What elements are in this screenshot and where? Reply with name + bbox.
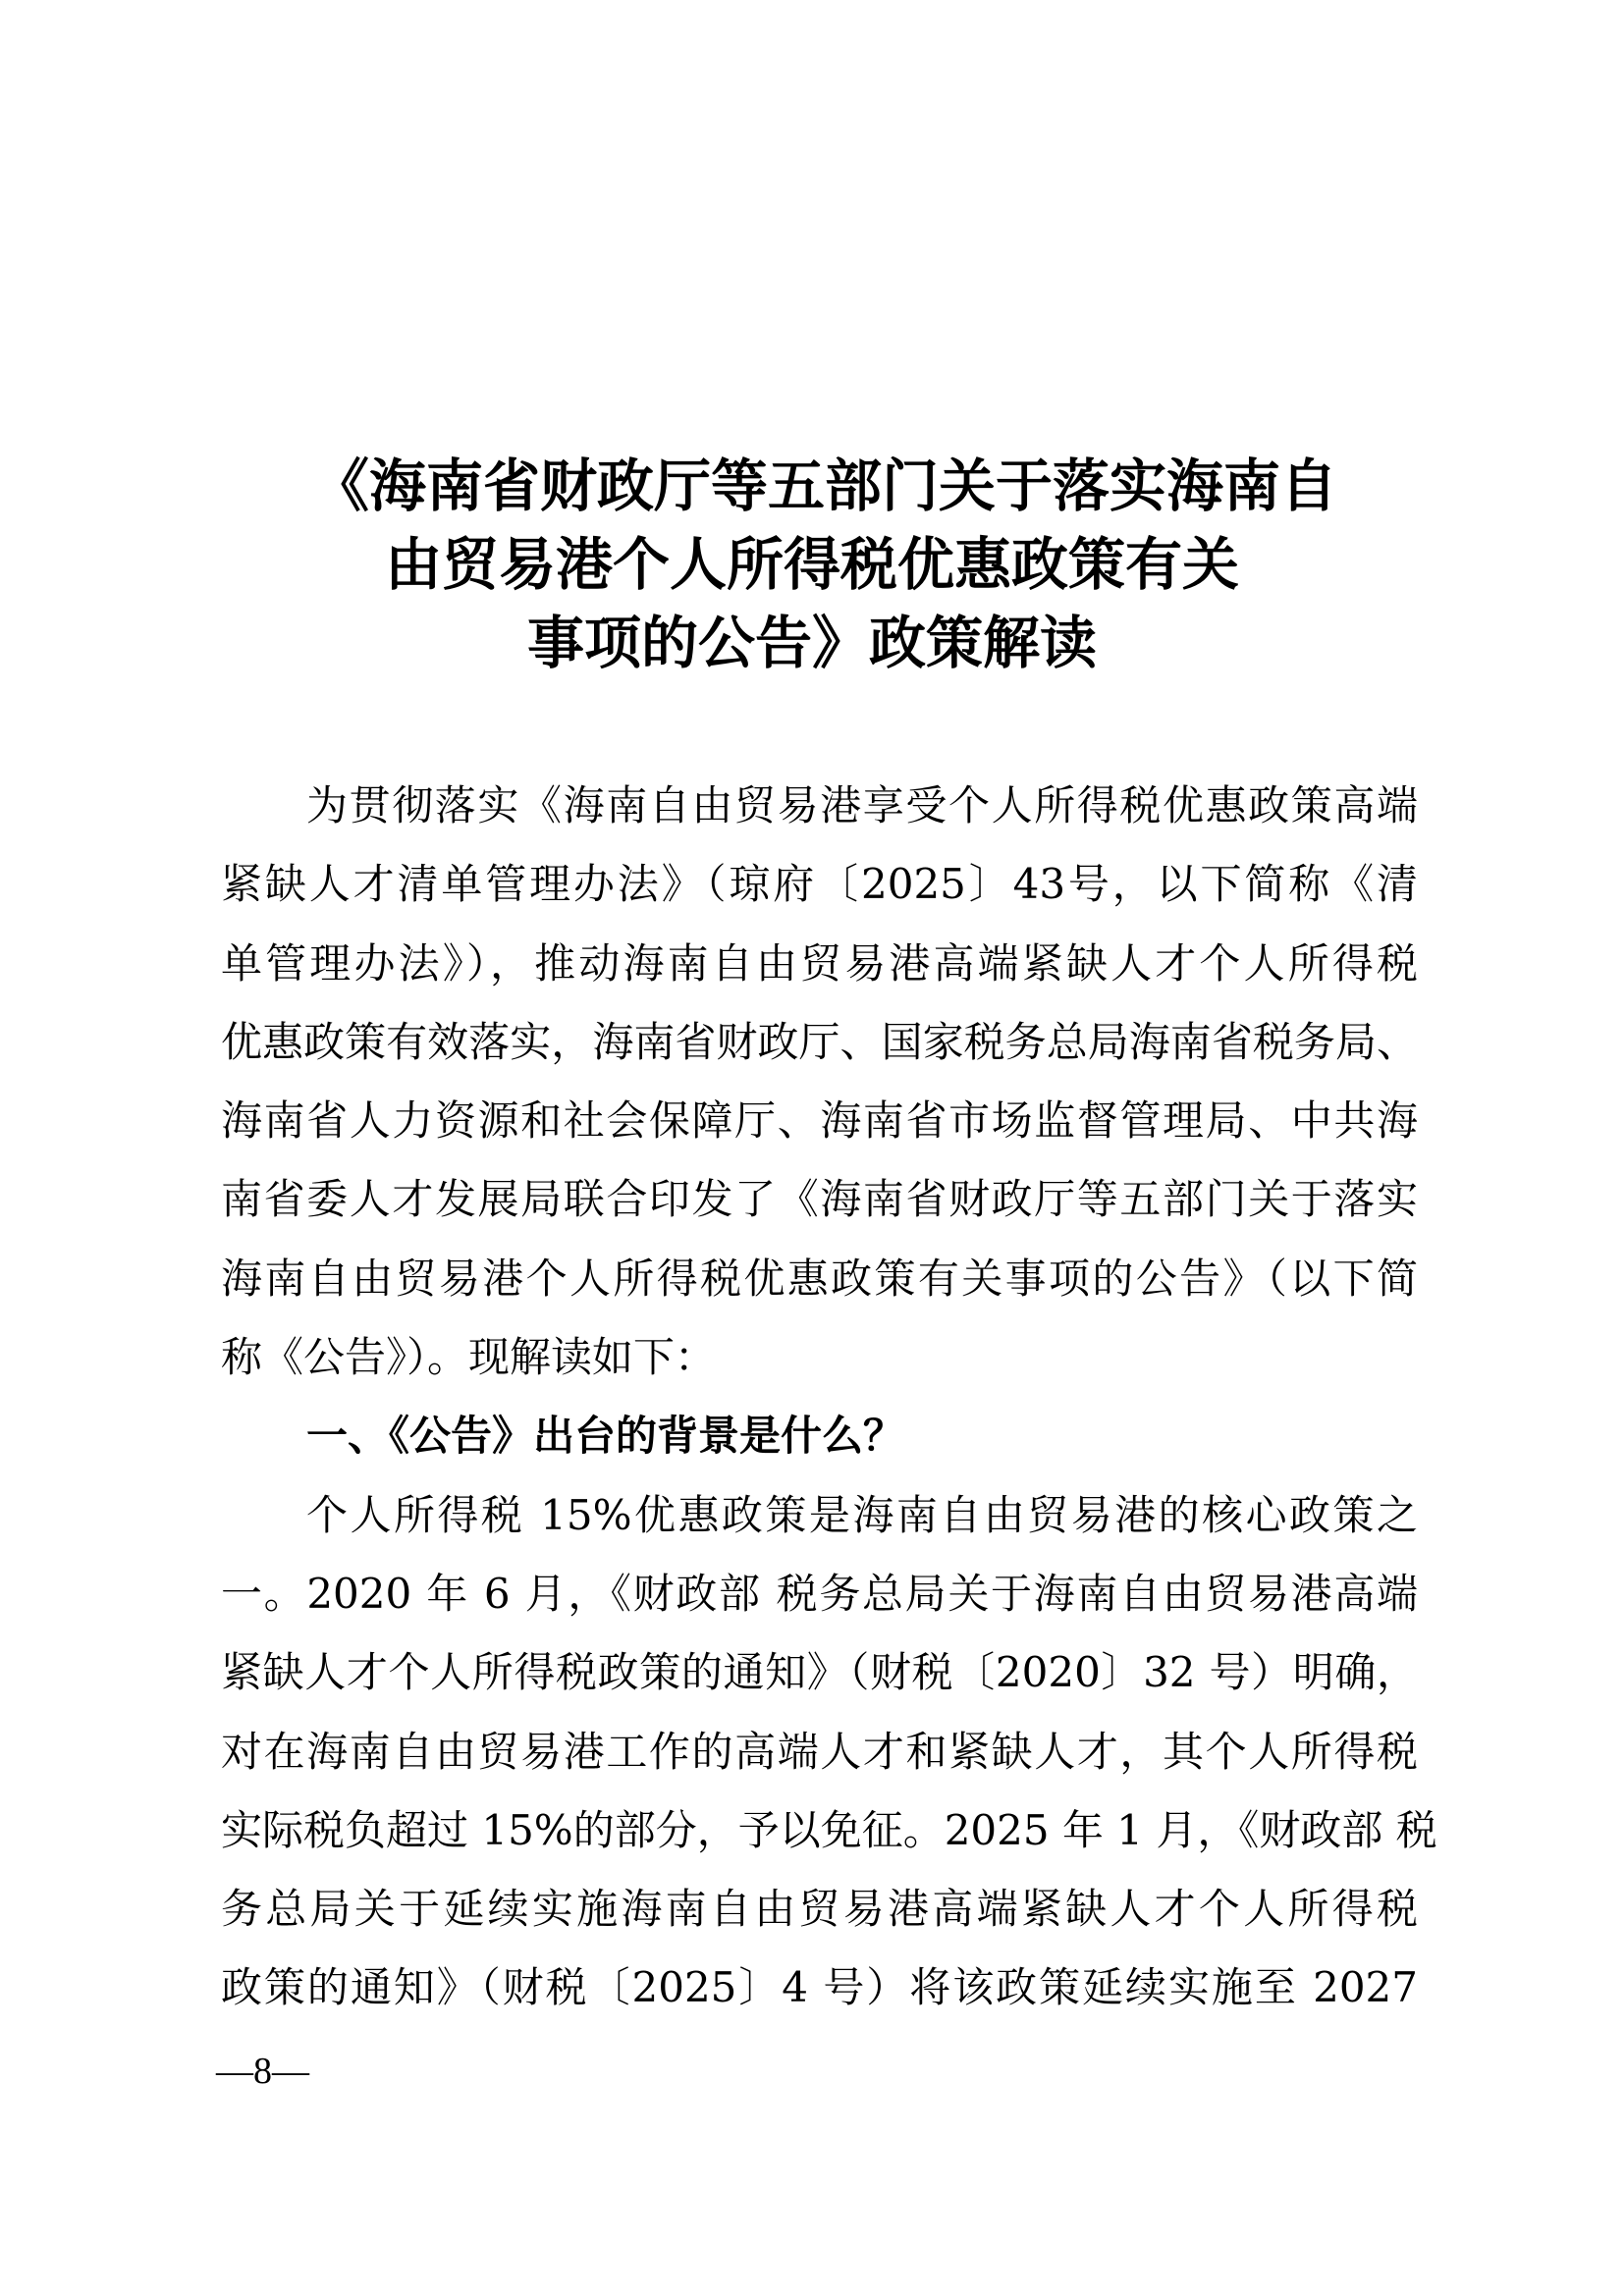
intro-paragraph: 为贯彻落实《海南自由贸易港享受个人所得税优惠政策高端 紧缺人才清单管理办法》（琼… — [221, 767, 1418, 1397]
document-title: 《海南省财政厅等五部门关于落实海南自 由贸易港个人所得税优惠政策有关 事项的公告… — [0, 447, 1624, 682]
title-line-3: 事项的公告》政策解读 — [0, 604, 1624, 682]
text-line: 优惠政策有效落实，海南省财政厅、国家税务总局海南省税务局、 — [221, 1003, 1418, 1082]
text-line: 实际税负超过 15%的部分，予以免征。2025 年 1 月，《财政部 税 — [221, 1791, 1418, 1870]
text-line: 紧缺人才清单管理办法》（琼府〔2025〕43号，以下简称《清 — [221, 845, 1418, 924]
text-line: 一。2020 年 6 月，《财政部 税务总局关于海南自由贸易港高端 — [221, 1555, 1418, 1633]
text-line: 对在海南自由贸易港工作的高端人才和紧缺人才，其个人所得税 — [221, 1713, 1418, 1791]
document-body: 为贯彻落实《海南自由贸易港享受个人所得税优惠政策高端 紧缺人才清单管理办法》（琼… — [221, 767, 1418, 2028]
text-line: 称《公告》）。现解读如下： — [221, 1318, 1418, 1397]
section-1-paragraph: 个人所得税 15%优惠政策是海南自由贸易港的核心政策之 一。2020 年 6 月… — [221, 1476, 1418, 2028]
document-page: 《海南省财政厅等五部门关于落实海南自 由贸易港个人所得税优惠政策有关 事项的公告… — [0, 0, 1624, 2296]
section-heading: 一、《公告》出台的背景是什么？ — [221, 1397, 1418, 1475]
title-line-2: 由贸易港个人所得税优惠政策有关 — [0, 525, 1624, 604]
text-line: 单管理办法》），推动海南自由贸易港高端紧缺人才个人所得税 — [221, 925, 1418, 1003]
text-line: 海南省人力资源和社会保障厅、海南省市场监督管理局、中共海 — [221, 1082, 1418, 1160]
text-line: 南省委人才发展局联合印发了《海南省财政厅等五部门关于落实 — [221, 1160, 1418, 1239]
text-line: 个人所得税 15%优惠政策是海南自由贸易港的核心政策之 — [221, 1476, 1418, 1555]
page-number: —8— — [216, 2050, 309, 2093]
text-line: 为贯彻落实《海南自由贸易港享受个人所得税优惠政策高端 — [221, 767, 1418, 845]
text-line: 政策的通知》（财税〔2025〕4 号）将该政策延续实施至 2027 — [221, 1949, 1418, 2027]
text-line: 紧缺人才个人所得税政策的通知》（财税〔2020〕32 号）明确， — [221, 1633, 1418, 1712]
text-line: 海南自由贸易港个人所得税优惠政策有关事项的公告》（以下简 — [221, 1240, 1418, 1318]
text-line: 务总局关于延续实施海南自由贸易港高端紧缺人才个人所得税 — [221, 1870, 1418, 1949]
title-line-1: 《海南省财政厅等五部门关于落实海南自 — [0, 447, 1624, 525]
